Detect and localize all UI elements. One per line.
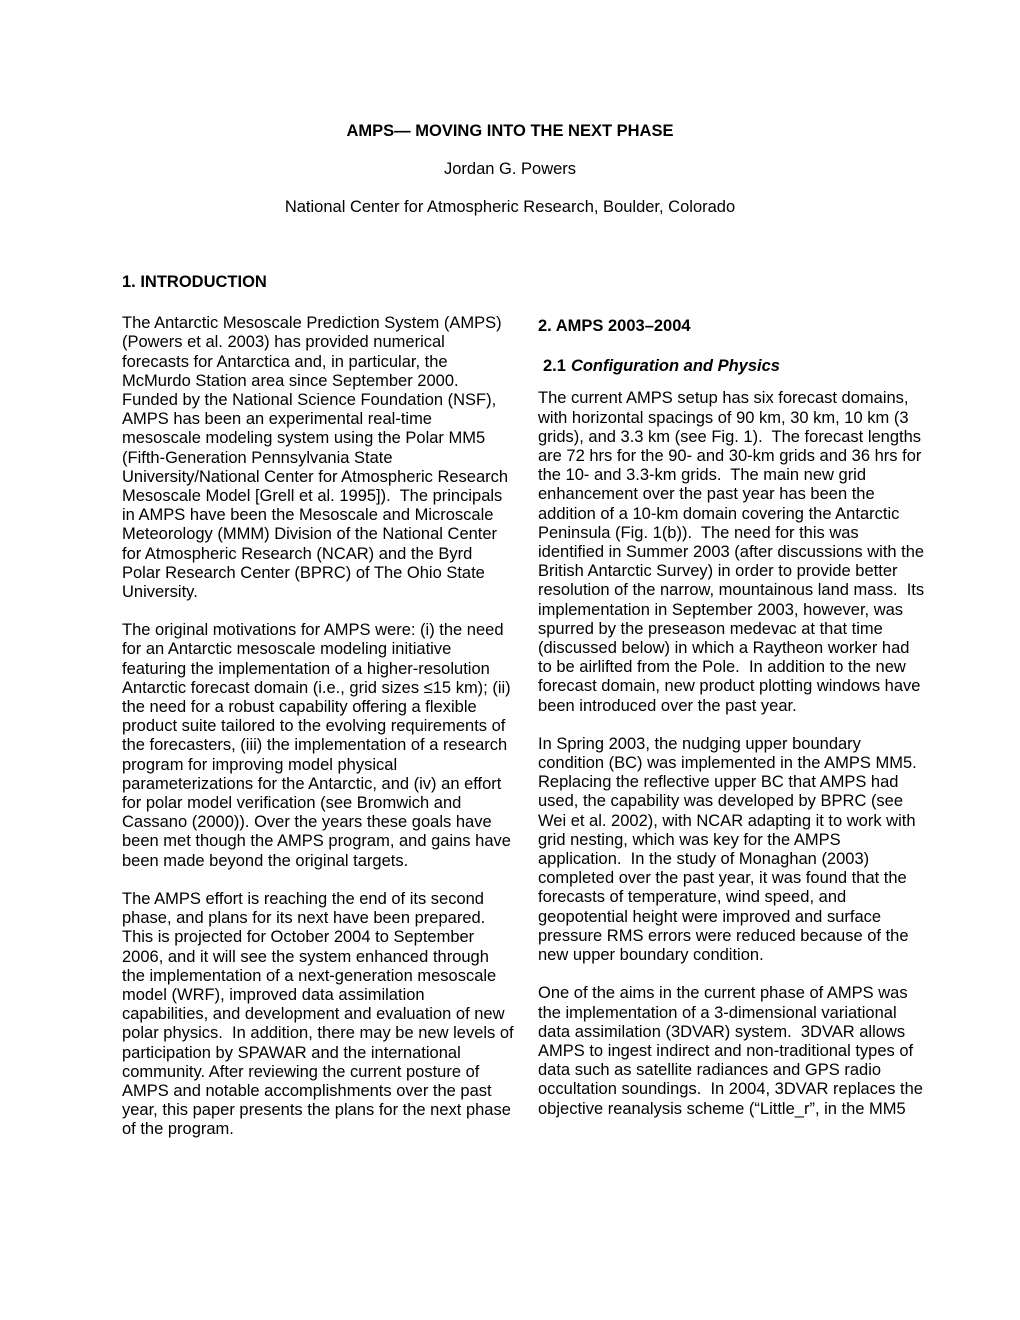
- paragraph-intro-1: The Antarctic Mesoscale Prediction Syste…: [122, 314, 514, 602]
- paper-affiliation: National Center for Atmospheric Research…: [0, 198, 1020, 217]
- paragraph-intro-3: The AMPS effort is reaching the end of i…: [122, 890, 514, 1140]
- paper-title: AMPS— MOVING INTO THE NEXT PHASE: [0, 122, 1020, 141]
- paragraph-intro-2: The original motivations for AMPS were: …: [122, 621, 514, 871]
- paragraph-sec2-1: The current AMPS setup has six forecast …: [538, 389, 926, 715]
- section-1-heading: 1. INTRODUCTION: [122, 273, 514, 292]
- left-column: 1. INTRODUCTION The Antarctic Mesoscale …: [122, 273, 514, 1140]
- section-2-1-number: 2.1: [543, 357, 566, 375]
- paragraph-sec2-2: In Spring 2003, the nudging upper bounda…: [538, 735, 926, 965]
- section-2-1-title: Configuration and Physics: [571, 357, 780, 375]
- right-column: 2. AMPS 2003–2004 2.1Configuration and P…: [538, 317, 926, 1119]
- paper-author: Jordan G. Powers: [0, 160, 1020, 179]
- paragraph-sec2-3: One of the aims in the current phase of …: [538, 984, 926, 1118]
- document-page: AMPS— MOVING INTO THE NEXT PHASE Jordan …: [0, 0, 1020, 1320]
- section-2-heading: 2. AMPS 2003–2004: [538, 317, 926, 336]
- section-2-1-heading: 2.1Configuration and Physics: [538, 357, 926, 376]
